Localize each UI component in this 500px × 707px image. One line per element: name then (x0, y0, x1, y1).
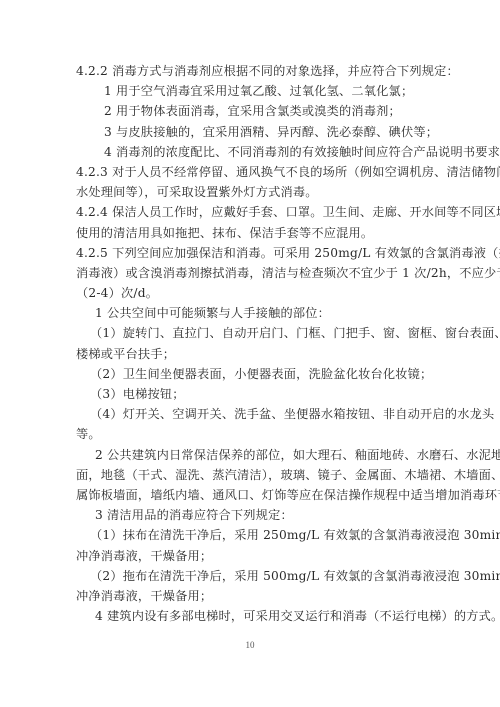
clause-4-2-5-line-3: （2-4）次/d。 (76, 283, 426, 303)
clause-4-2-5-item-1-sub-4-line-1: （4）灯开关、空调开关、洗手盆、坐便器水箱按钮、非自动开启的水龙头 (76, 404, 426, 424)
page-number: 10 (0, 640, 500, 650)
clause-4-2-5-item-1-sub-1-line-1: （1）旋转门、直拉门、自动开启门、门框、门把手、窗、窗框、窗台表面、 (76, 323, 426, 343)
clause-4-2-5-item-2-line-1: 2 公共建筑内日常保洁保养的部位，如大理石、釉面地砖、水磨石、水泥地 (76, 445, 426, 465)
clause-4-2-5-item-2-line-2: 面，地毯（干式、湿洗、蒸汽清洁），玻璃、镜子、金属面、木墙裙、木墙面、金 (76, 465, 426, 485)
clause-4-2-3-line-2: 水处理间等），可采取设置紫外灯方式消毒。 (76, 182, 426, 202)
clause-4-2-2-item-1: 1 用于空气消毒宜采用过氧乙酸、过氧化氢、二氧化氯； (76, 81, 426, 101)
clause-4-2-5-item-1-sub-4-line-2: 等。 (76, 424, 426, 444)
document-page: 4.2.2 消毒方式与消毒剂应根据不同的对象选择，并应符合下列规定： 1 用于空… (0, 0, 500, 707)
clause-4-2-5-item-3-sub-1-line-1: （1）抹布在清洗干净后，采用 250mg/L 有效氯的含氯消毒液浸泡 30min… (76, 525, 426, 545)
document-body: 4.2.2 消毒方式与消毒剂应根据不同的对象选择，并应符合下列规定： 1 用于空… (76, 61, 426, 626)
clause-4-2-2-item-3: 3 与皮肤接触的，宜采用酒精、异丙醇、洗必泰醇、碘伏等； (76, 122, 426, 142)
clause-4-2-5-item-1-heading: 1 公共空间中可能频繁与人手接触的部位： (76, 303, 426, 323)
clause-4-2-5-item-1-sub-2: （2）卫生间坐便器表面，小便器表面，洗脸盆化妆台化妆镜； (76, 364, 426, 384)
clause-4-2-5-item-1-sub-3: （3）电梯按钮； (76, 384, 426, 404)
clause-4-2-5-item-3-sub-2-line-2: 冲净消毒液，干燥备用； (76, 586, 426, 606)
clause-4-2-2-heading: 4.2.2 消毒方式与消毒剂应根据不同的对象选择，并应符合下列规定： (76, 61, 426, 81)
clause-4-2-5-item-3-sub-1-line-2: 冲净消毒液，干燥备用； (76, 546, 426, 566)
clause-4-2-4-line-2: 使用的清洁用具如拖把、抹布、保洁手套等不应混用。 (76, 223, 426, 243)
clause-4-2-5-item-3-sub-2-line-1: （2）拖布在清洗干净后，采用 500mg/L 有效氯的含氯消毒液浸泡 30min… (76, 566, 426, 586)
clause-4-2-5-item-1-sub-1-line-2: 楼梯或平台扶手； (76, 344, 426, 364)
clause-4-2-2-item-4: 4 消毒剂的浓度配比、不同消毒剂的有效接触时间应符合产品说明书要求。 (76, 142, 426, 162)
clause-4-2-4-line-1: 4.2.4 保洁人员工作时，应戴好手套、口罩。卫生间、走廊、开水间等不同区域 (76, 202, 426, 222)
clause-4-2-5-item-2-line-3: 属饰板墙面，墙纸内墙、通风口、灯饰等应在保洁操作规程中适当增加消毒环节； (76, 485, 426, 505)
clause-4-2-5-line-2: 消毒液）或含溴消毒剂擦拭消毒，清洁与检查频次不宜少于 1 次/2h，不应少于 (76, 263, 426, 283)
clause-4-2-5-line-1: 4.2.5 下列空间应加强保洁和消毒。可采用 250mg/L 有效氯的含氯消毒液… (76, 243, 426, 263)
clause-4-2-5-item-3-heading: 3 清洁用品的消毒应符合下列规定： (76, 505, 426, 525)
clause-4-2-3-line-1: 4.2.3 对于人员不经常停留、通风换气不良的场所（例如空调机房、清洁储物间、 (76, 162, 426, 182)
clause-4-2-2-item-2: 2 用于物体表面消毒，宜采用含氯类或溴类的消毒剂； (76, 101, 426, 121)
clause-4-2-5-item-4: 4 建筑内设有多部电梯时，可采用交叉运行和消毒（不运行电梯）的方式。 (76, 606, 426, 626)
